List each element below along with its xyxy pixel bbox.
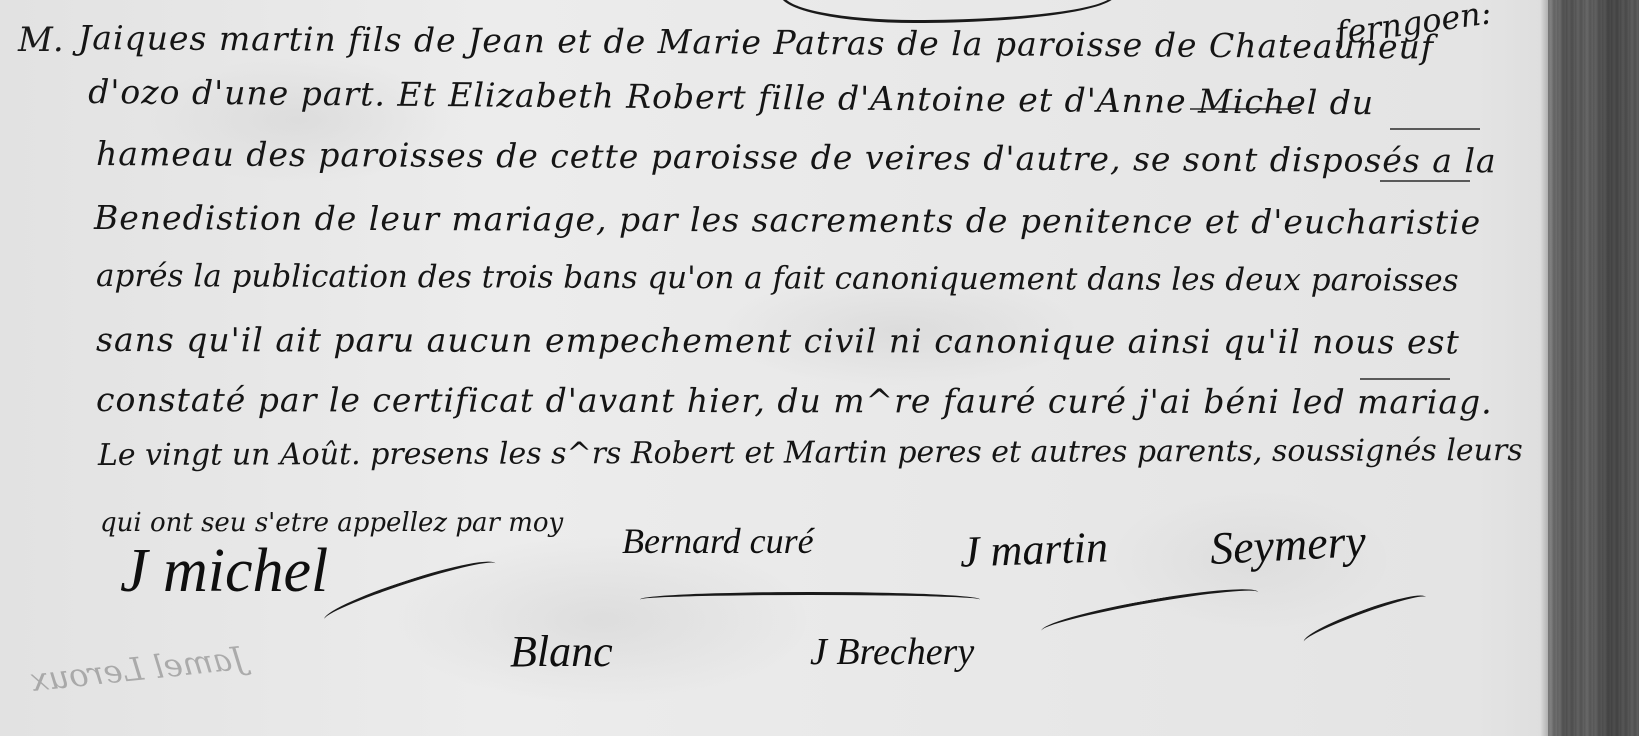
- signature-flourish: [321, 553, 499, 630]
- record-line-4: Benedistion de leur mariage, par les sac…: [94, 198, 1481, 242]
- record-line-1: Jaiques martin fils de Jean et de Marie …: [78, 18, 1434, 66]
- signature-martin: J martin: [959, 521, 1109, 577]
- record-line-9: qui ont seu s'etre appellez par moy: [100, 508, 563, 538]
- line-end-stroke: [1190, 108, 1300, 110]
- record-line-5: aprés la publication des trois bans qu'o…: [96, 258, 1459, 299]
- bleed-through-text: Jamel Leroux: [29, 639, 247, 699]
- signature-flourish: [640, 592, 980, 607]
- book-binding: [1548, 0, 1639, 736]
- record-line-2: d'ozo d'une part. Et Elizabeth Robert fi…: [88, 72, 1374, 122]
- record-line-8: Le vingt un Août. presens les s^rs Rober…: [98, 433, 1523, 473]
- top-signature-flourish: [780, 0, 1116, 23]
- margin-mark: M.: [18, 20, 64, 60]
- signature-brechery: J Brechery: [810, 630, 974, 674]
- record-line-6: sans qu'il ait paru aucun empechement ci…: [96, 320, 1460, 361]
- record-line-7: constaté par le certificat d'avant hier,…: [96, 380, 1493, 421]
- signature-flourish: [1040, 581, 1261, 642]
- signature-bernard-cure: Bernard curé: [622, 520, 814, 562]
- line-end-stroke: [1360, 378, 1450, 380]
- signature-michel: J michel: [120, 536, 328, 607]
- signature-flourish: [1301, 588, 1430, 650]
- scanned-document-page: ferngoen: M. Jaiques martin fils de Jean…: [0, 0, 1639, 736]
- line-end-stroke: [1380, 180, 1470, 182]
- signature-blanc: Blanc: [510, 626, 613, 677]
- record-line-3: hameau des paroisses de cette paroisse d…: [96, 134, 1497, 180]
- line-end-stroke: [1390, 128, 1480, 130]
- signature-seymery: Seymery: [1209, 514, 1367, 575]
